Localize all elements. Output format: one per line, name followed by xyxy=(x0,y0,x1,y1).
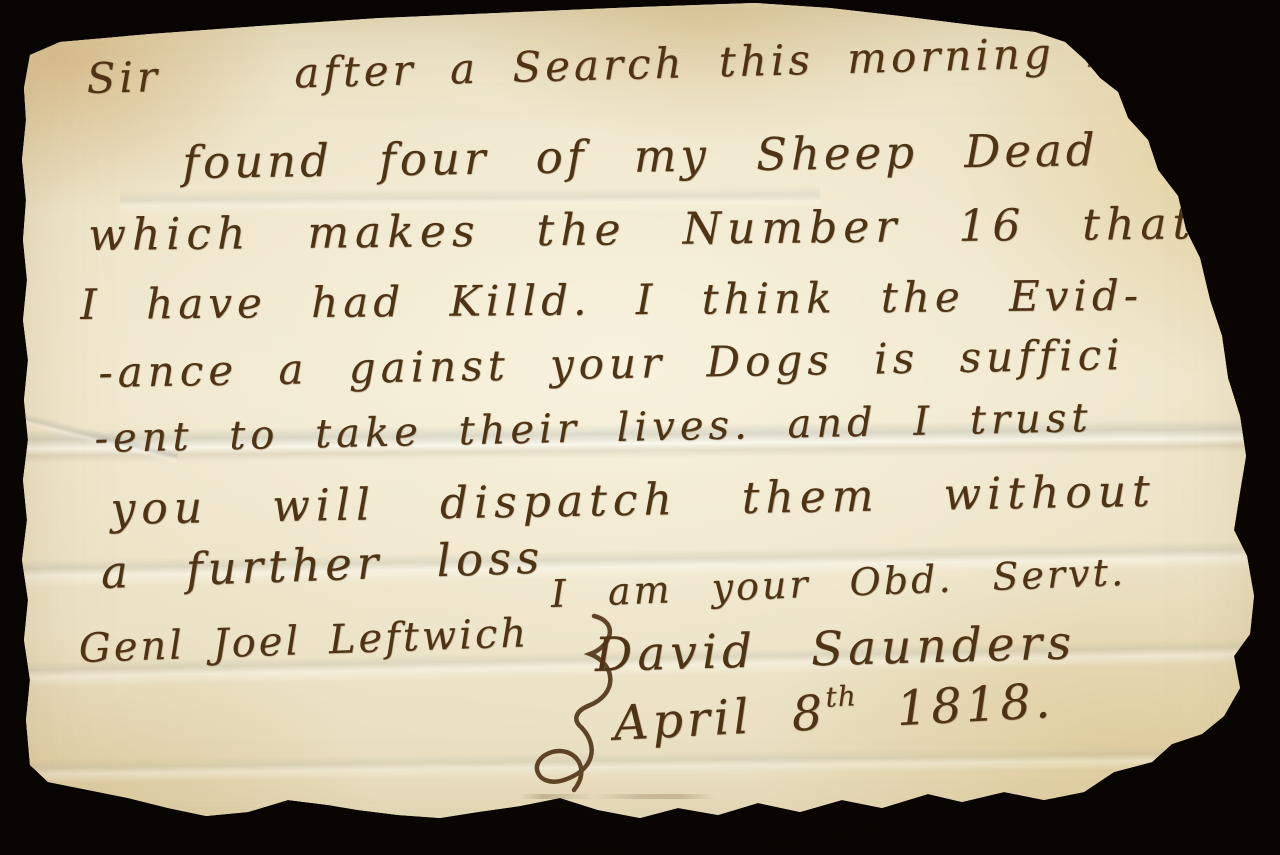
letter-paper: Sir after a Search this morning I found … xyxy=(0,0,1280,855)
letter-line-8: a further loss xyxy=(100,531,545,599)
letter-line-6: -ent to take their lives. and I trust xyxy=(94,395,1093,462)
letter-line-5: -ance a gainst your Dogs is suffici xyxy=(98,330,1125,397)
letter-line-4: I have had Killd. I think the Evid- xyxy=(80,271,1143,329)
stray-ink-mark xyxy=(520,794,715,799)
letter-line-7: you will dispatch them without xyxy=(110,466,1156,535)
date-ordinal-suffix: th xyxy=(825,679,858,714)
letter-line-3: which makes the Number 16 that xyxy=(88,198,1196,261)
date-year: 1818. xyxy=(856,673,1055,739)
letter-addressee: Genl Joel Leftwich xyxy=(78,610,530,672)
letter-closing: I am your Obd. Servt. xyxy=(550,550,1127,616)
letter-line-2: found four of my Sheep Dead xyxy=(182,123,1099,189)
date-day: April 8 xyxy=(612,685,827,752)
letter-date: April 8th 1818. xyxy=(612,669,1055,752)
letter-line-1: Sir after a Search this morning I xyxy=(86,27,1109,103)
photo-background: Sir after a Search this morning I found … xyxy=(0,0,1280,855)
